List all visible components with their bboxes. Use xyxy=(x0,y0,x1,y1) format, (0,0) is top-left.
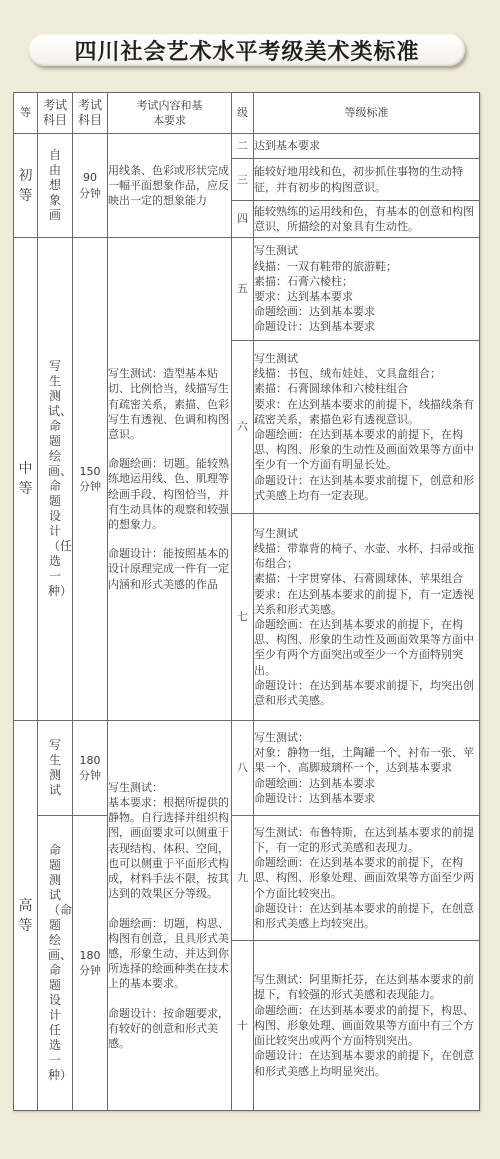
standard-level-8: 写生测试： 对象：静物一组，土陶罐一个、衬布一张、苹果一个、高脚玻璃杯一个，达到… xyxy=(254,721,480,816)
table-row: 初等 自由想象画 90 分钟 用线条、色彩或形状完成一幅平面想象作品，应反映出一… xyxy=(14,134,480,159)
time-advanced-theme: 180 分钟 xyxy=(73,816,108,1111)
requirements-elementary: 用线条、色彩或形状完成一幅平面想象作品，应反映出一定的想象能力 xyxy=(108,134,232,238)
level-8: 八 xyxy=(232,721,254,816)
header-content: 考试内容和基本要求 xyxy=(108,93,232,134)
standards-table: 等 考试科目 考试科目 考试内容和基本要求 级 等级标准 初等 自由想象画 90… xyxy=(13,92,480,1111)
level-7: 七 xyxy=(232,514,254,721)
standard-level-4: 能较熟练的运用线和色，有基本的创意和构图意识，所描绘的对象具有生动性。 xyxy=(254,201,480,238)
header-standard: 等级标准 xyxy=(254,93,480,134)
requirements-advanced: 写生测试： 基本要求：根据所提供的静物。自行选择并组织构图，画面要求可以侧重于表… xyxy=(108,721,232,1111)
subject-advanced-theme: 命题测试（命题绘画、命题设计任选一种） xyxy=(38,816,73,1111)
header-row: 等 考试科目 考试科目 考试内容和基本要求 级 等级标准 xyxy=(14,93,480,134)
standard-level-10: 写生测试：阿里斯托芬，在达到基本要求的前提下，有较强的形式美感和表现能力。 命题… xyxy=(254,941,480,1111)
standard-level-7: 写生测试 线描：带靠背的椅子、水壶、水杯、扫帚或拖布组合； 素描：十字贯穿体、石… xyxy=(254,514,480,721)
time-intermediate: 150 分钟 xyxy=(73,238,108,721)
standard-level-9: 写生测试：布鲁特斯，在达到基本要求的前提下，有一定的形式美感和表现力。 命题绘画… xyxy=(254,816,480,941)
standard-level-3: 能较好地用线和色，初步抓住事物的生动特征，并有初步的构图意识。 xyxy=(254,159,480,201)
level-9: 九 xyxy=(232,816,254,941)
header-level: 级 xyxy=(232,93,254,134)
subject-elementary: 自由想象画 xyxy=(38,134,73,238)
level-6: 六 xyxy=(232,341,254,514)
header-subject: 考试科目 xyxy=(38,93,73,134)
standard-level-2: 达到基本要求 xyxy=(254,134,480,159)
time-advanced-sketch: 180 分钟 xyxy=(73,721,108,816)
level-2: 二 xyxy=(232,134,254,159)
level-10: 十 xyxy=(232,941,254,1111)
standard-level-5: 写生测试 线描：一双有鞋带的旅游鞋； 素描：石膏六棱柱； 要求：达到基本要求 命… xyxy=(254,238,480,341)
subject-advanced-sketch: 写生测试 xyxy=(38,721,73,816)
time-elementary: 90 分钟 xyxy=(73,134,108,238)
header-time: 考试科目 xyxy=(73,93,108,134)
grade-advanced: 高等 xyxy=(14,721,38,1111)
grade-intermediate: 中等 xyxy=(14,238,38,721)
requirements-intermediate: 写生测试：造型基本贴切、比例恰当，线描写生有疏密关系，素描、色彩写生有透视、色调… xyxy=(108,238,232,721)
title-banner: 四川社会艺术水平考级美术类标准 xyxy=(29,34,465,66)
grade-elementary: 初等 xyxy=(14,134,38,238)
subject-intermediate: 写生测试、命题绘画、命题设计（任选一种） xyxy=(38,238,73,721)
table-row: 中等 写生测试、命题绘画、命题设计（任选一种） 150 分钟 写生测试：造型基本… xyxy=(14,238,480,341)
table-row: 命题测试（命题绘画、命题设计任选一种） 180 分钟 九 写生测试：布鲁特斯，在… xyxy=(14,816,480,941)
table-row: 高等 写生测试 180 分钟 写生测试： 基本要求：根据所提供的静物。自行选择并… xyxy=(14,721,480,816)
level-5: 五 xyxy=(232,238,254,341)
page-title: 四川社会艺术水平考级美术类标准 xyxy=(74,35,419,66)
header-grade: 等 xyxy=(14,93,38,134)
standard-level-6: 写生测试 线描：书包、绒布娃娃、文具盒组合； 素描：石膏圆球体和六棱柱组合 要求… xyxy=(254,341,480,514)
level-3: 三 xyxy=(232,159,254,201)
level-4: 四 xyxy=(232,201,254,238)
